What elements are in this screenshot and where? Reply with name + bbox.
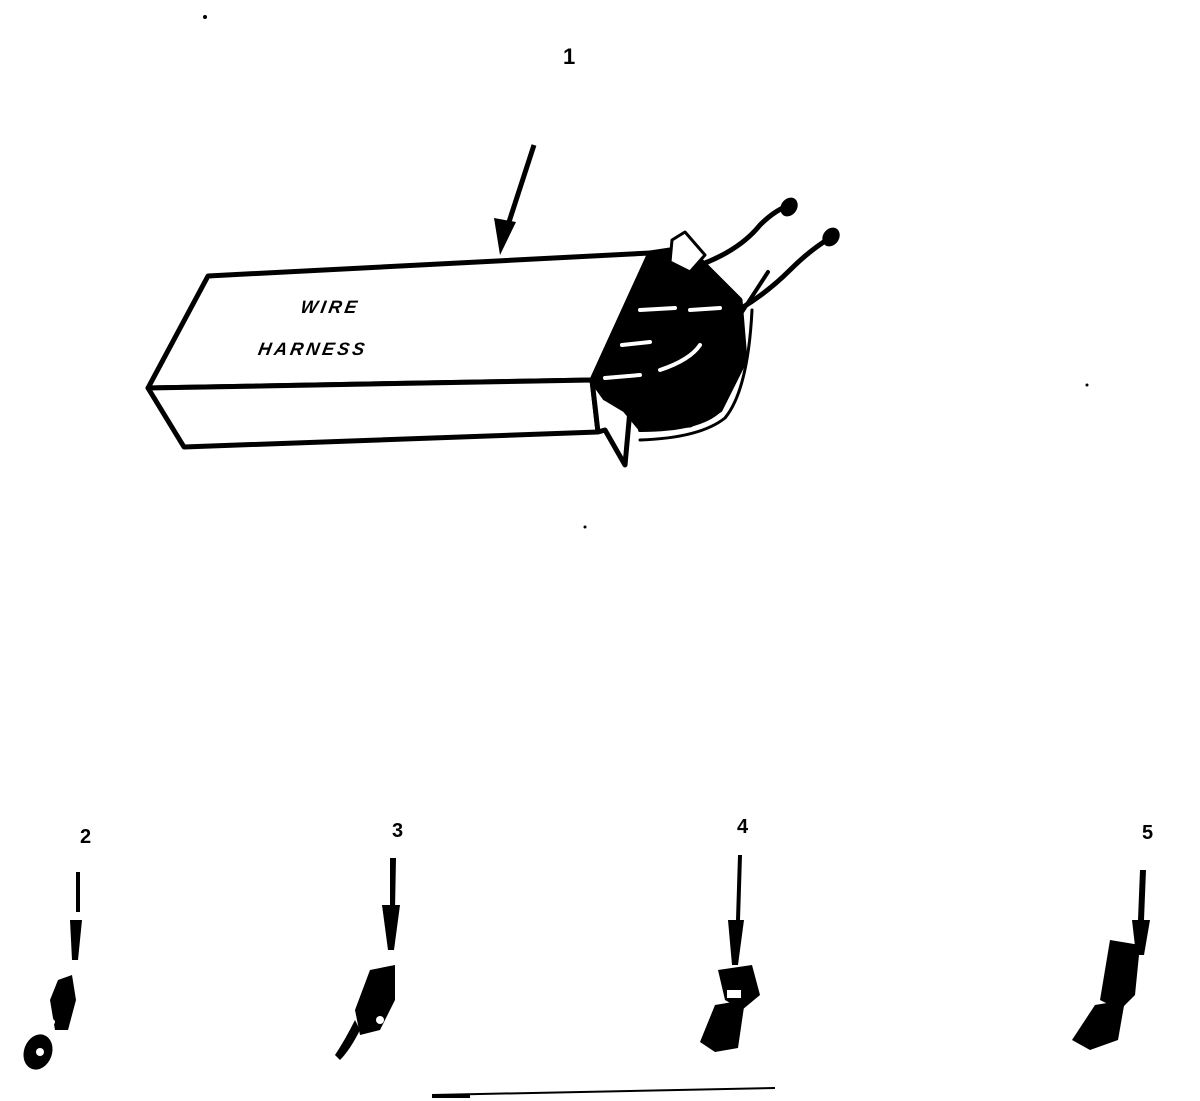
spade-terminal-drawing	[700, 855, 760, 1052]
box-label-line-2: HARNESS	[257, 339, 369, 359]
flag-terminal-drawing	[1072, 870, 1150, 1050]
scale-line	[432, 1088, 775, 1096]
ring-terminal-drawing	[19, 872, 82, 1074]
callout-3: 3	[392, 820, 403, 843]
illustration-canvas: WIRE HARNESS	[0, 0, 1200, 1101]
hook-terminal-drawing	[335, 858, 400, 1060]
box-label-line-1: WIRE	[299, 297, 361, 317]
callout-arrow-1	[494, 145, 534, 255]
speck	[203, 15, 207, 19]
callout-2: 2	[80, 826, 91, 849]
callout-1: 1	[563, 44, 575, 70]
callout-4: 4	[737, 816, 748, 839]
callout-5: 5	[1142, 822, 1153, 845]
speck	[1086, 384, 1089, 387]
wire-harness-drawing	[148, 205, 830, 465]
speck	[584, 526, 587, 529]
wire-end-icon	[819, 224, 844, 250]
